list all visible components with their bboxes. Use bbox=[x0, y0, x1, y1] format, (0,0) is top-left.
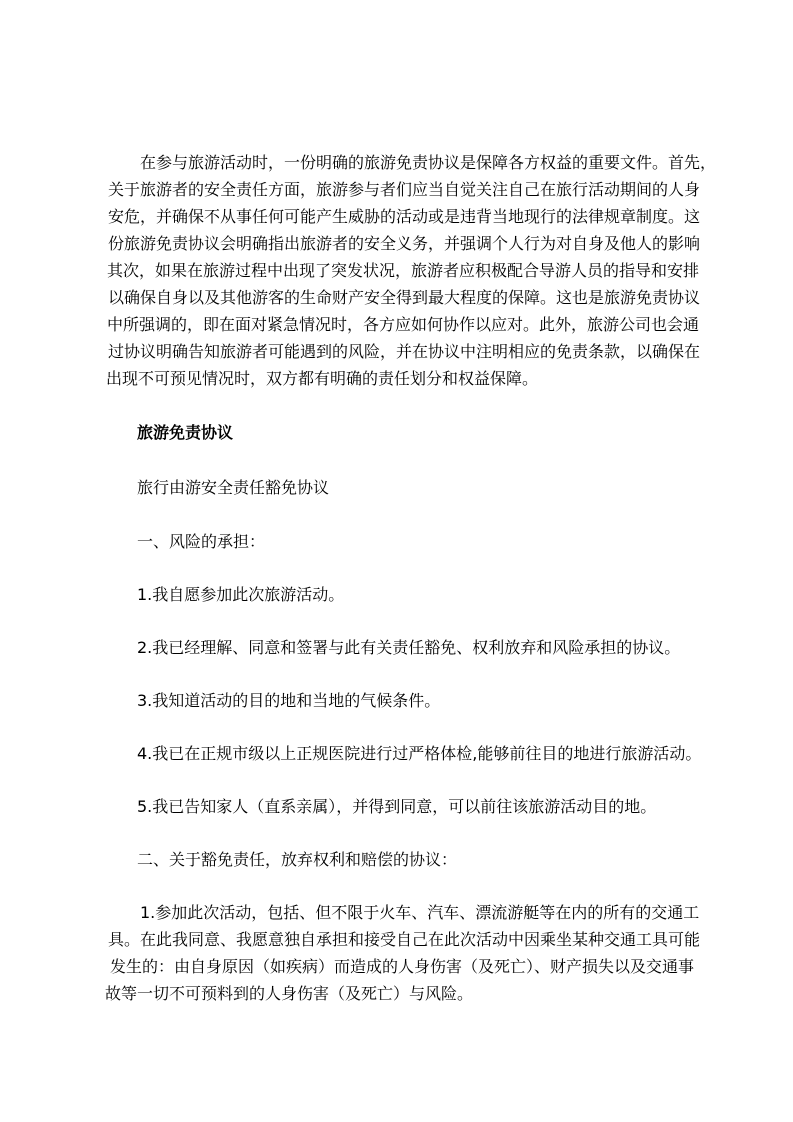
list-item: 1.我自愿参加此次旅游活动。 bbox=[137, 582, 344, 608]
list-item: 2.我已经理解、同意和签署与此有关责任豁免、权利放弃和风险承担的协议。 bbox=[137, 635, 680, 661]
clause-line: 发生的：由自身原因（如疾病）而造成的人身伤害（及死亡）、财产损失以及交通事 bbox=[110, 954, 694, 980]
clause-line: 故等一切不可预料到的人身伤害（及死亡）与风险。 bbox=[105, 981, 473, 1007]
list-item: 3.我知道活动的目的地和当地的气候条件。 bbox=[137, 688, 440, 714]
intro-line: 在参与旅游活动时，一份明确的旅游免责协议是保障各方权益的重要文件。首先， bbox=[140, 150, 716, 176]
intro-line: 中所强调的，即在面对紧急情况时，各方应如何协作以应对。此外，旅游公司也会通 bbox=[107, 312, 699, 338]
intro-line: 关于旅游者的安全责任方面，旅游参与者们应当自觉关注自己在旅行活动期间的人身 bbox=[108, 177, 700, 203]
section-heading: 二、关于豁免责任，放弃权利和赔偿的协议： bbox=[137, 847, 457, 873]
intro-line: 过协议明确告知旅游者可能遇到的风险，并在协议中注明相应的免责条款，以确保在 bbox=[108, 339, 700, 365]
section-heading: 一、风险的承担： bbox=[137, 529, 265, 555]
document-title: 旅游免责协议 bbox=[137, 420, 233, 446]
document-subtitle: 旅行由游安全责任豁免协议 bbox=[137, 475, 329, 501]
document-page: 在参与旅游活动时，一份明确的旅游免责协议是保障各方权益的重要文件。首先， 关于旅… bbox=[0, 0, 793, 1122]
list-item: 5.我已告知家人（直系亲属），并得到同意，可以前往该旅游活动目的地。 bbox=[137, 794, 656, 820]
intro-line: 安危，并确保不从事任何可能产生威胁的活动或是违背当地现行的法律规章制度。这 bbox=[108, 204, 700, 230]
intro-line: 出现不可预见情况时，双方都有明确的责任划分和权益保障。 bbox=[106, 366, 538, 392]
list-item: 4.我已在正规市级以上正规医院进行过严格体检,能够前往目的地进行旅游活动。 bbox=[137, 741, 701, 767]
clause-line: 1.参加此次活动，包括、但不限于火车、汽车、漂流游艇等在内的所有的交通工 bbox=[140, 900, 699, 926]
intro-line: 以确保自身以及其他游客的生命财产安全得到最大程度的保障。这也是旅游免责协议 bbox=[108, 285, 700, 311]
clause-line: 具。在此我同意、我愿意独自承担和接受自己在此次活动中因乘坐某种交通工具可能 bbox=[108, 927, 700, 953]
intro-line: 份旅游免责协议会明确指出旅游者的安全义务，并强调个人行为对自身及他人的影响 bbox=[108, 231, 700, 257]
intro-line: 其次，如果在旅游过程中出现了突发状况，旅游者应积极配合导游人员的指导和安排 bbox=[107, 258, 699, 284]
